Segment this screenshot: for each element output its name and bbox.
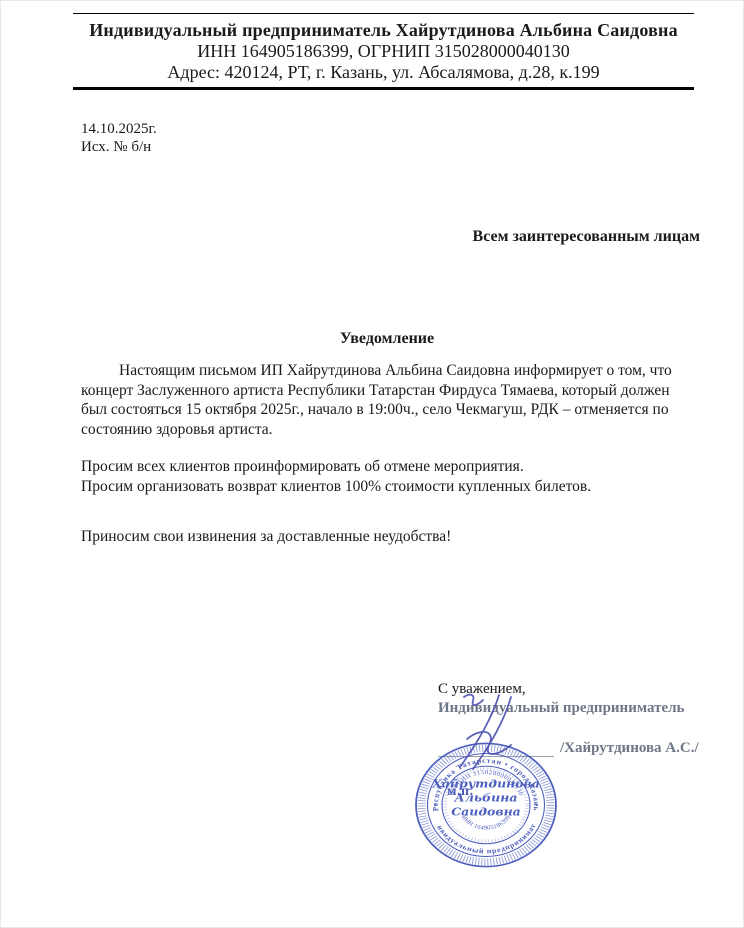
document-page: Индивидуальный предприниматель Хайрутдин… [0, 0, 744, 928]
document-title: Уведомление [81, 330, 693, 348]
document-date: 14.10.2025г. [81, 120, 157, 138]
request-line-1: Просим всех клиентов проинформировать об… [81, 457, 591, 477]
letterhead-inn-ogrnip: ИНН 164905186399, ОГРНИП 315028000040130 [73, 41, 694, 62]
handwritten-signature [437, 687, 547, 787]
stamp-separator-left: • [433, 801, 436, 810]
stamp-name-line2: Альбина [454, 791, 518, 804]
request-lines: Просим всех клиентов проинформировать об… [81, 457, 591, 496]
letterhead-address: Адрес: 420124, РТ, г. Казань, ул. Абсаля… [73, 62, 694, 83]
apology-line: Приносим свои извинения за доставленные … [81, 528, 451, 546]
stamp-name-line3: Саидовна [451, 805, 521, 818]
signature-name: /Хайрутдинова А.С./ [560, 740, 699, 756]
request-line-2: Просим организовать возврат клиентов 100… [81, 477, 591, 497]
addressee-line: Всем заинтересованным лицам [473, 228, 700, 246]
document-ref-number: Исх. № б/н [81, 138, 157, 156]
body-paragraph: Настоящим письмом ИП Хайрутдинова Альбин… [81, 361, 697, 439]
letterhead-entrepreneur-name: Индивидуальный предприниматель Хайрутдин… [73, 19, 694, 41]
letterhead: Индивидуальный предприниматель Хайрутдин… [73, 13, 694, 90]
stamp-separator-right: • [535, 801, 538, 810]
document-meta: 14.10.2025г. Исх. № б/н [81, 120, 157, 156]
